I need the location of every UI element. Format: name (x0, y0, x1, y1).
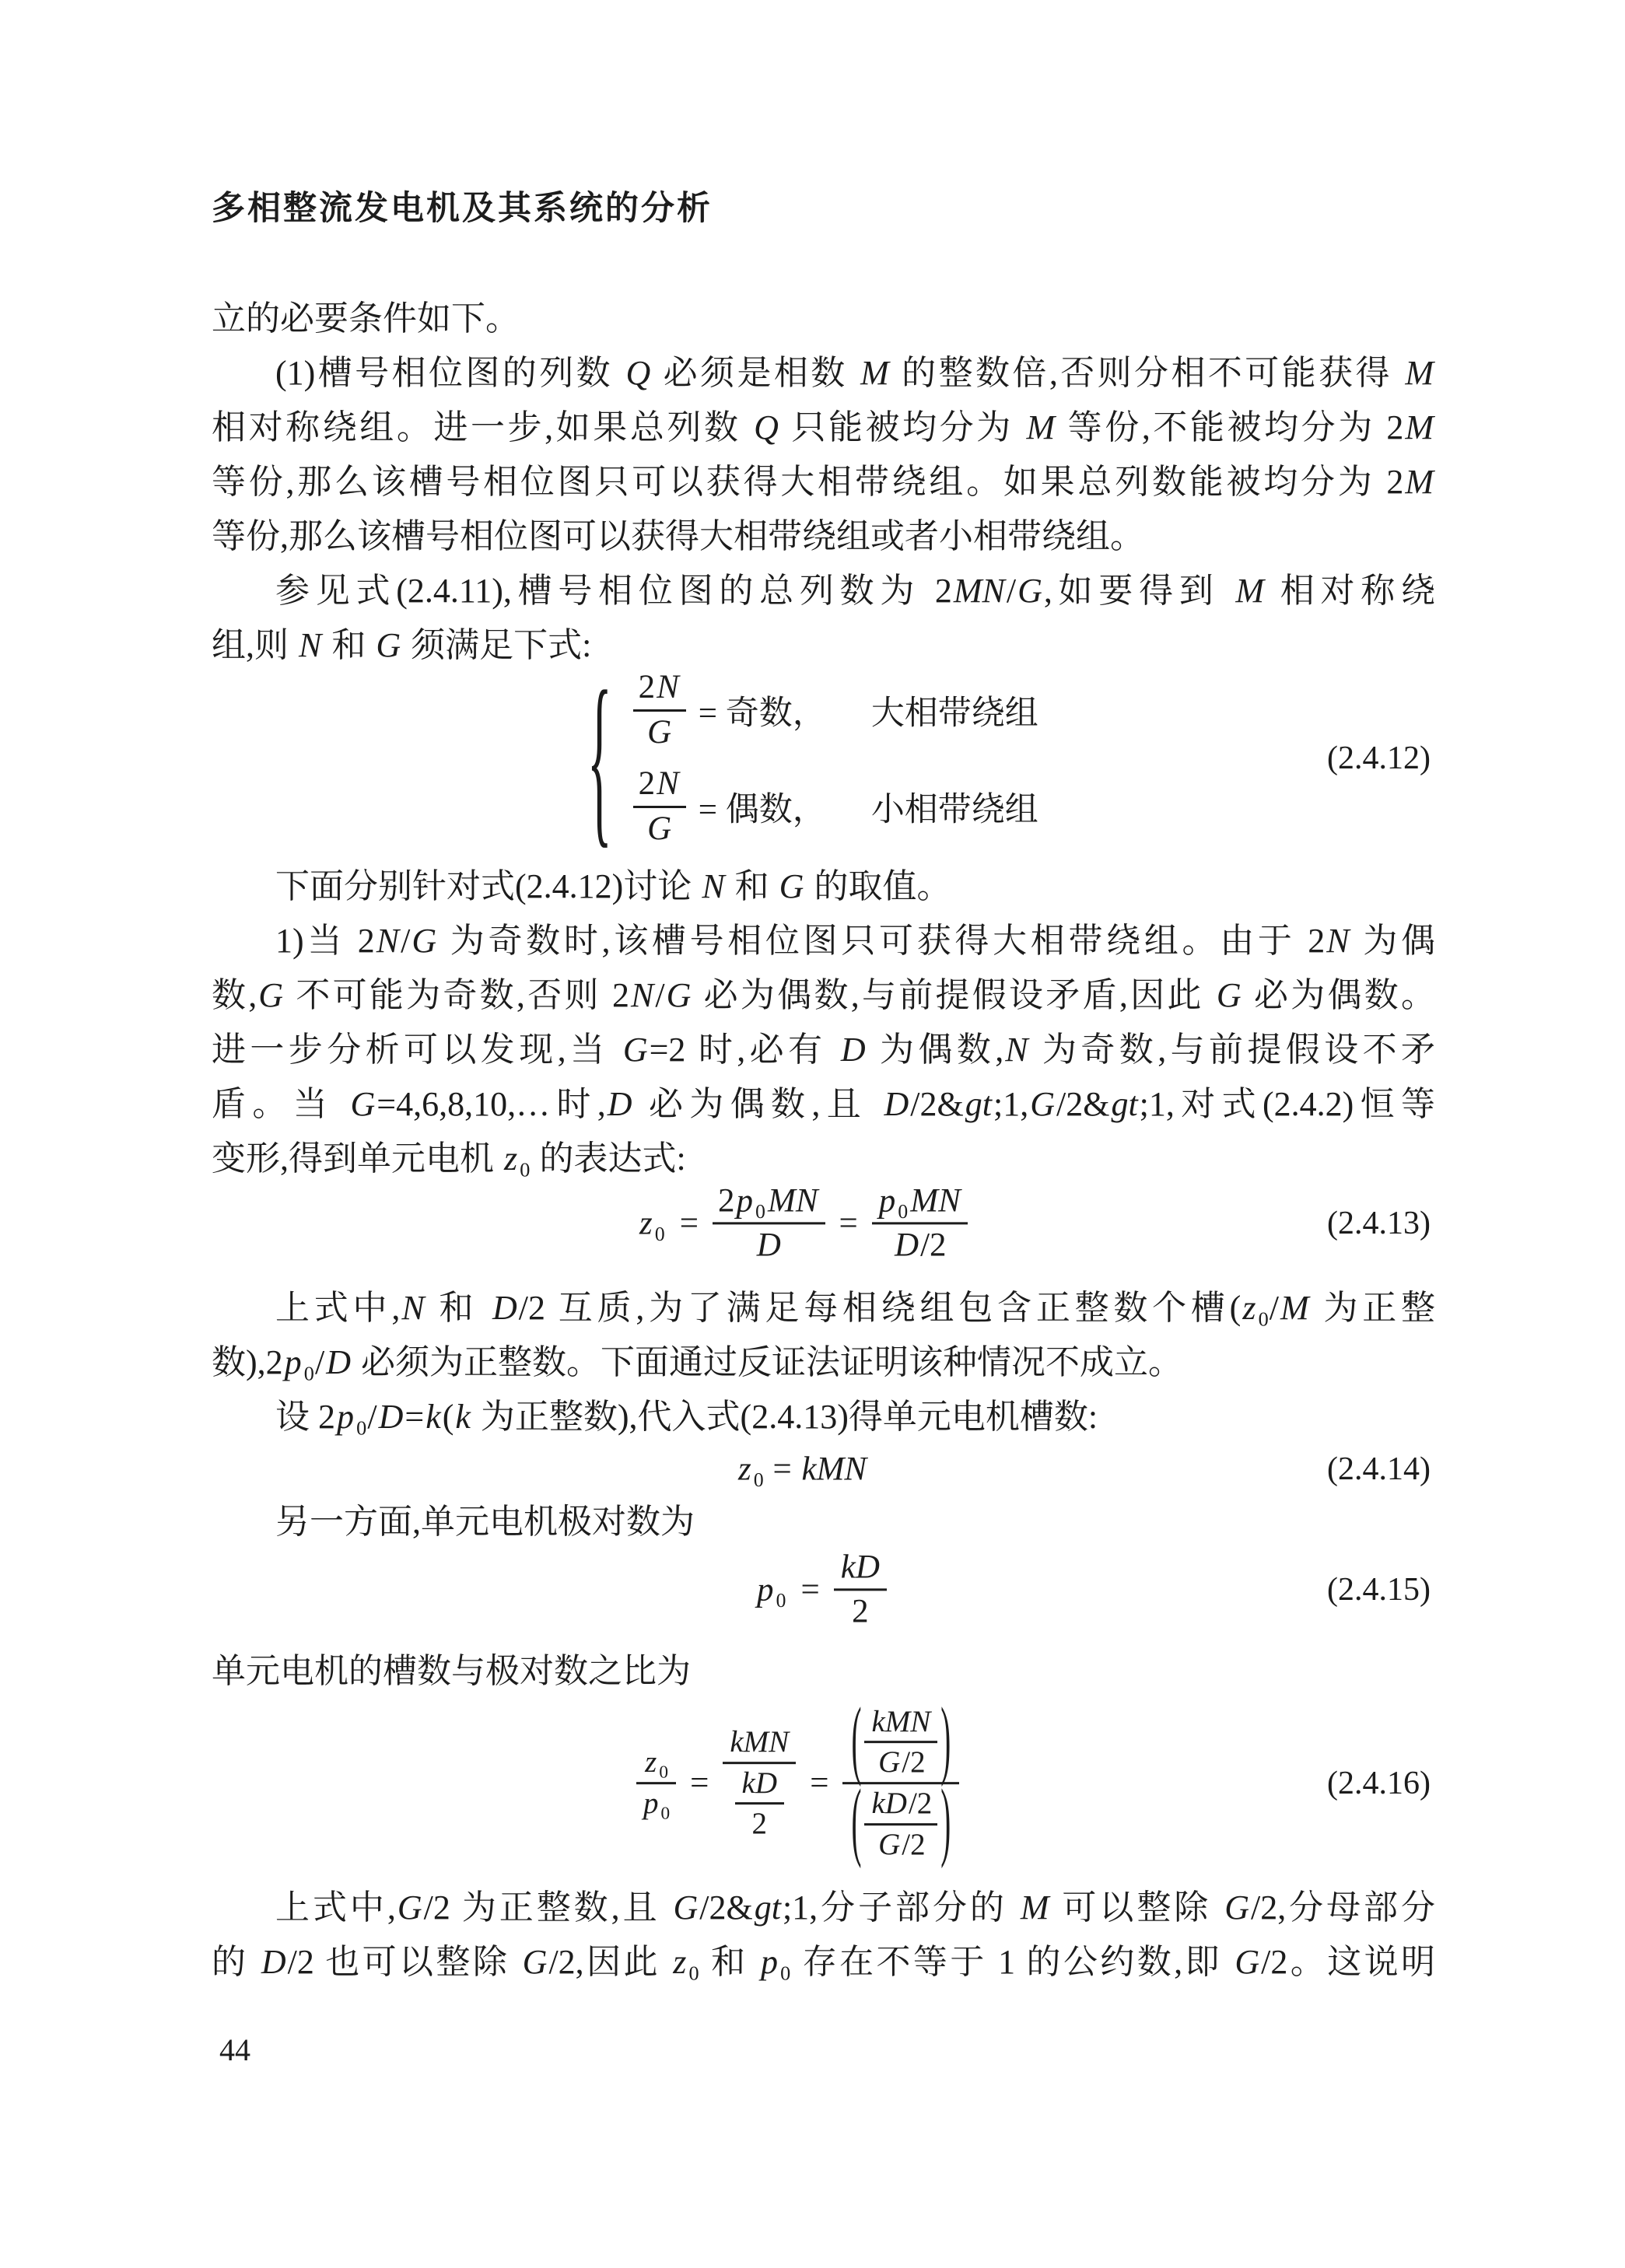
page-number: 44 (219, 2032, 250, 2068)
fraction-denominator: 2 (846, 1594, 874, 1631)
equation-number: (2.4.14) (1327, 1451, 1431, 1488)
nested-fraction: kD 2 (730, 1766, 790, 1841)
text-line: 下面分别针对式(2.4.12)讨论 N 和 G 的取值。 (212, 863, 1435, 918)
fraction-denominator: D (750, 1227, 788, 1264)
equals-sign: = (839, 1204, 858, 1242)
right-paren: ) (940, 1696, 951, 1783)
equation-body: z₀ = kMN (737, 1451, 868, 1489)
case-label: 大相带绕组 (871, 687, 1038, 734)
fraction-numerator: 2N (633, 669, 686, 706)
fraction-bar (834, 1589, 887, 1591)
fraction-numerator: kMN (723, 1725, 796, 1759)
equals-sign: = (801, 1571, 820, 1609)
running-header: 多相整流发电机及其系统的分析 (212, 182, 713, 229)
equation-2-4-12: { 2N G = 奇数， 大相带绕组 2N G (212, 657, 1435, 859)
fraction-bar (872, 1222, 968, 1224)
text-line: 等份,那么该槽号相位图只可以获得大相带绕组。如果总列数能被均分为 2M (212, 459, 1435, 513)
fraction-numerator: kD (834, 1549, 887, 1586)
fraction: 2p₀MN D (713, 1182, 825, 1264)
fraction-denominator: D/2 (888, 1227, 952, 1264)
fraction-bar (636, 1782, 676, 1784)
left-paren: ( (851, 1696, 861, 1783)
text-line: 等份,那么该槽号相位图可以获得大相带绕组或者小相带绕组。 (212, 513, 1435, 568)
fraction-bar (713, 1222, 825, 1224)
equation-case-row: 2N G = 偶数， 小相带绕组 (633, 758, 1038, 855)
text-line: 盾。当 G=4,6,8,10,…时,D 必为偶数,且 D/2&gt;1,G/2&… (212, 1081, 1435, 1136)
equation-cases: 2N G = 奇数， 大相带绕组 2N G = 偶数， 小相带绕组 (633, 662, 1038, 855)
fraction-numerator: 2N (633, 765, 686, 803)
text-line: 另一方面,单元电机极对数为 (212, 1499, 1435, 1553)
fraction-numerator: 2p₀MN (713, 1182, 825, 1220)
case-condition: = 奇数， (699, 687, 826, 734)
fraction-denominator: G/2 (871, 1828, 931, 1862)
fraction-denominator: G (640, 810, 678, 848)
fraction-numerator: z₀ (638, 1745, 674, 1780)
text-line: 上式中,G/2 为正整数,且 G/2&gt;1,分子部分的 M 可以整除 G/2… (212, 1885, 1435, 1939)
text-line: 的 D/2 也可以整除 G/2,因此 z₀ 和 p₀ 存在不等于 1 的公约数,… (212, 1939, 1435, 1993)
equation-number: (2.4.13) (1327, 1205, 1431, 1242)
fraction-bar (735, 1802, 784, 1804)
fraction-denominator: G (640, 714, 678, 751)
text-line: 进一步分析可以发现,当 G=2 时,必有 D 为偶数,N 为奇数,与前提假设不矛 (212, 1027, 1435, 1081)
parenthesized-fraction: (kD/2G/2) (842, 1787, 959, 1861)
fraction-numerator: kD/2 (864, 1787, 937, 1821)
fraction: kMN kD 2 (723, 1725, 796, 1841)
equals-sign: = (680, 1204, 699, 1242)
left-brace: { (587, 663, 612, 854)
fraction-denominator: 2 (747, 1807, 773, 1841)
case-label: 小相带绕组 (871, 783, 1038, 831)
fraction: z₀ p₀ (636, 1745, 676, 1820)
text-line: 设 2p₀/D=k(k 为正整数),代入式(2.4.13)得单元电机槽数: (212, 1394, 1435, 1448)
fraction-bar (723, 1762, 796, 1764)
fraction: 2N G (633, 765, 686, 847)
fraction: p₀MN D/2 (872, 1182, 968, 1264)
equation-number: (2.4.12) (1327, 740, 1431, 777)
fraction-bar (864, 1741, 937, 1743)
equation-lhs: p₀ (755, 1571, 787, 1609)
text-line: 相对称绕组。进一步,如果总列数 Q 只能被均分为 M 等份,不能被均分为 2M (212, 404, 1435, 459)
equals-sign: = (810, 1764, 828, 1802)
text-line: 数),2p₀/D 必须为正整数。下面通过反证法证明该种情况不成立。 (212, 1339, 1435, 1394)
fraction-numerator: kD (735, 1766, 784, 1801)
text-line: 数,G 不可能为奇数,否则 2N/G 必为偶数,与前提假设矛盾,因此 G 必为偶… (212, 972, 1435, 1027)
equation-2-4-16: z₀ p₀ = kMN kD 2 = (kMNG/2) (212, 1696, 1435, 1871)
right-paren: ) (940, 1777, 951, 1865)
fraction-bar (864, 1823, 937, 1825)
fraction-numerator: p₀MN (872, 1182, 968, 1220)
equation-case-row: 2N G = 奇数， 大相带绕组 (633, 662, 1038, 758)
fraction: kD 2 (834, 1549, 887, 1630)
text-line: 1)当 2N/G 为奇数时,该槽号相位图只可获得大相带绕组。由于 2N 为偶 (212, 918, 1435, 972)
fraction: 2N G (633, 669, 686, 751)
left-paren: ( (851, 1777, 861, 1865)
big-fraction: (kMNG/2) (kD/2G/2) (842, 1705, 959, 1862)
fraction-bar (633, 806, 686, 808)
equals-sign: = (690, 1764, 709, 1802)
equation-2-4-15: p₀ = kD 2 (2.4.15) (212, 1546, 1435, 1633)
case-condition: = 偶数， (699, 783, 826, 831)
book-page: 多相整流发电机及其系统的分析 立的必要条件如下。 (1)槽号相位图的列数 Q 必… (0, 0, 1625, 2268)
fraction-bar (633, 709, 686, 712)
fraction-denominator: G/2 (871, 1745, 931, 1780)
text-line: 单元电机的槽数与极对数之比为 (212, 1648, 1435, 1703)
equation-2-4-13: z₀ = 2p₀MN D = p₀MN D/2 (2.4.13) (212, 1171, 1435, 1276)
equation-number: (2.4.16) (1327, 1765, 1431, 1802)
equation-number: (2.4.15) (1327, 1571, 1431, 1608)
fraction-numerator: kMN (864, 1705, 937, 1739)
text-line: (1)槽号相位图的列数 Q 必须是相数 M 的整数倍,否则分相不可能获得 M (212, 350, 1435, 404)
text-line: 上式中,N 和 D/2 互质,为了满足每相绕组包含正整数个槽(z₀/M 为正整 (212, 1285, 1435, 1339)
equation-lhs: z₀ (638, 1204, 666, 1242)
text-line: 立的必要条件如下。 (212, 296, 1435, 350)
text-line: 参见式(2.4.11),槽号相位图的总列数为 2MN/G,如要得到 M 相对称绕 (212, 568, 1435, 622)
fraction-denominator: p₀ (636, 1787, 676, 1821)
equation-2-4-14: z₀ = kMN (2.4.14) (212, 1445, 1435, 1493)
parenthesized-fraction: (kMNG/2) (842, 1705, 959, 1780)
